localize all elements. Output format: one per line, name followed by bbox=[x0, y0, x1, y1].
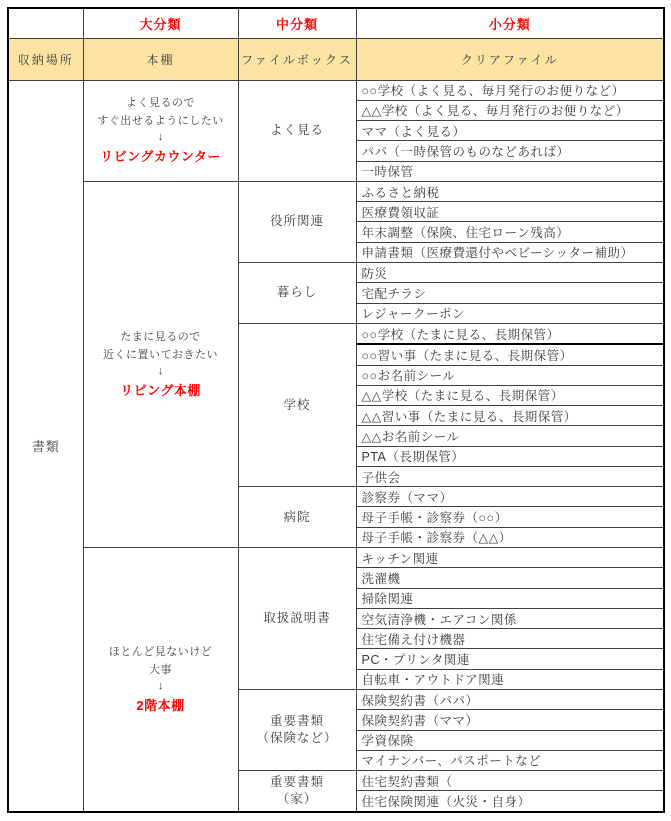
mid-category-label: （家） bbox=[239, 791, 356, 808]
storage-location-label: 2階本棚 bbox=[84, 696, 238, 716]
item-cell: ○○学校（よく見る、毎月発行のお便りなど） bbox=[356, 80, 664, 100]
header-minor-category: 小分類 bbox=[356, 8, 664, 38]
item-cell: 診察券（ママ） bbox=[356, 487, 664, 507]
item-cell: ○○お名前シール bbox=[356, 365, 664, 385]
storage-location-label: リビングカウンター bbox=[84, 147, 238, 167]
item-cell: ○○習い事（たまに見る、長期保管） bbox=[356, 344, 664, 365]
mid-category-label: 役所関連 bbox=[239, 213, 356, 230]
item-cell: 母子手帳・診察券（△△） bbox=[356, 527, 664, 547]
mid-category-cell: 暮らし bbox=[238, 263, 356, 324]
down-arrow-icon: ↓ bbox=[84, 364, 238, 379]
item-cell: 宅配チラシ bbox=[356, 283, 664, 303]
subheader-clear-file: クリアファイル bbox=[356, 38, 664, 80]
item-cell: △△お名前シール bbox=[356, 426, 664, 446]
mid-category-cell: よく見る bbox=[238, 80, 356, 181]
item-cell: △△学校（よく見る、毎月発行のお便りなど） bbox=[356, 100, 664, 120]
item-cell: ○○学校（たまに見る、長期保管） bbox=[356, 323, 664, 344]
item-cell: 保険契約書（ママ） bbox=[356, 710, 664, 730]
mid-category-cell: 学校 bbox=[238, 323, 356, 486]
item-cell: ママ（よく見る） bbox=[356, 121, 664, 141]
major-category-description: よく見るので bbox=[84, 94, 238, 112]
mid-category-cell: 取扱説明書 bbox=[238, 548, 356, 690]
mid-category-label: 重要書類 bbox=[239, 713, 356, 730]
mid-category-cell: 重要書類（保険など） bbox=[238, 690, 356, 771]
mid-category-label: よく見る bbox=[239, 122, 356, 139]
table-row: たまに見るので近くに置いておきたい↓リビング本棚役所関連ふるさと納税 bbox=[8, 181, 664, 201]
mid-category-label: （保険など） bbox=[239, 730, 356, 747]
item-cell: △△習い事（たまに見る、長期保管） bbox=[356, 406, 664, 426]
document-storage-table: 大分類 中分類 小分類 収納場所 本棚 ファイルボックス クリアファイル 書類よ… bbox=[7, 7, 665, 813]
item-cell: 空気清浄機・エアコン関係 bbox=[356, 608, 664, 628]
item-cell: 洗濯機 bbox=[356, 568, 664, 588]
table-row: 書類よく見るのですぐ出せるようにしたい↓リビングカウンターよく見る○○学校（よく… bbox=[8, 80, 664, 100]
table-row: ほとんど見ないけど大事↓2階本棚取扱説明書キッチン関連 bbox=[8, 548, 664, 568]
item-cell: 自転車・アウトドア関連 bbox=[356, 669, 664, 689]
major-category-description: 大事 bbox=[84, 661, 238, 679]
storage-type-row: 収納場所 本棚 ファイルボックス クリアファイル bbox=[8, 38, 664, 80]
item-cell: 学資保険 bbox=[356, 730, 664, 750]
item-cell: PTA（長期保管） bbox=[356, 446, 664, 466]
mid-category-label: 重要書類 bbox=[239, 774, 356, 791]
mid-category-label: 取扱説明書 bbox=[239, 610, 356, 627]
down-arrow-icon: ↓ bbox=[84, 130, 238, 145]
subheader-bookshelf: 本棚 bbox=[83, 38, 238, 80]
header-mid-category: 中分類 bbox=[238, 8, 356, 38]
header-major-category: 大分類 bbox=[83, 8, 238, 38]
major-category-cell: よく見るのですぐ出せるようにしたい↓リビングカウンター bbox=[83, 80, 238, 181]
item-cell: 住宅保険関連（火災・自身） bbox=[356, 791, 664, 812]
major-category-description: 近くに置いておきたい bbox=[84, 346, 238, 364]
major-category-description: すぐ出せるようにしたい bbox=[84, 112, 238, 130]
item-cell: パパ（一時保管のものなどあれば） bbox=[356, 141, 664, 161]
major-category-description: ほとんど見ないけど bbox=[84, 643, 238, 661]
item-cell: 掃除関連 bbox=[356, 588, 664, 608]
mid-category-label: 学校 bbox=[239, 397, 356, 414]
down-arrow-icon: ↓ bbox=[84, 679, 238, 694]
item-cell: 保険契約書（パパ） bbox=[356, 690, 664, 710]
storage-location-label: リビング本棚 bbox=[84, 381, 238, 401]
storage-category-cell: 書類 bbox=[8, 80, 83, 812]
item-cell: 年末調整（保険、住宅ローン残高） bbox=[356, 222, 664, 242]
major-category-description: たまに見るので bbox=[84, 328, 238, 346]
item-cell: 一時保管 bbox=[356, 161, 664, 181]
mid-category-cell: 重要書類（家） bbox=[238, 771, 356, 812]
item-cell: レジャークーポン bbox=[356, 303, 664, 323]
item-cell: キッチン関連 bbox=[356, 548, 664, 568]
major-category-cell: たまに見るので近くに置いておきたい↓リビング本棚 bbox=[83, 181, 238, 547]
major-category-cell: ほとんど見ないけど大事↓2階本棚 bbox=[83, 548, 238, 812]
mid-category-cell: 役所関連 bbox=[238, 181, 356, 262]
item-cell: マイナンバー、パスポートなど bbox=[356, 750, 664, 770]
item-cell: 医療費領収証 bbox=[356, 202, 664, 222]
item-cell: 母子手帳・診察券（○○） bbox=[356, 507, 664, 527]
item-cell: 申請書類（医療費還付やベビーシッター補助） bbox=[356, 242, 664, 262]
subheader-storage-location: 収納場所 bbox=[8, 38, 83, 80]
item-cell: 住宅備え付け機器 bbox=[356, 629, 664, 649]
mid-category-label: 暮らし bbox=[239, 284, 356, 301]
item-cell: 子供会 bbox=[356, 466, 664, 486]
item-cell: 防災 bbox=[356, 263, 664, 283]
mid-category-cell: 病院 bbox=[238, 487, 356, 548]
item-cell: PC・プリンタ関連 bbox=[356, 649, 664, 669]
header-empty-cell bbox=[8, 8, 83, 38]
mid-category-label: 病院 bbox=[239, 509, 356, 526]
item-cell: 住宅契約書類（ bbox=[356, 771, 664, 791]
item-cell: △△学校（たまに見る、長期保管） bbox=[356, 385, 664, 405]
item-cell: ふるさと納税 bbox=[356, 181, 664, 201]
subheader-file-box: ファイルボックス bbox=[238, 38, 356, 80]
category-header-row: 大分類 中分類 小分類 bbox=[8, 8, 664, 38]
